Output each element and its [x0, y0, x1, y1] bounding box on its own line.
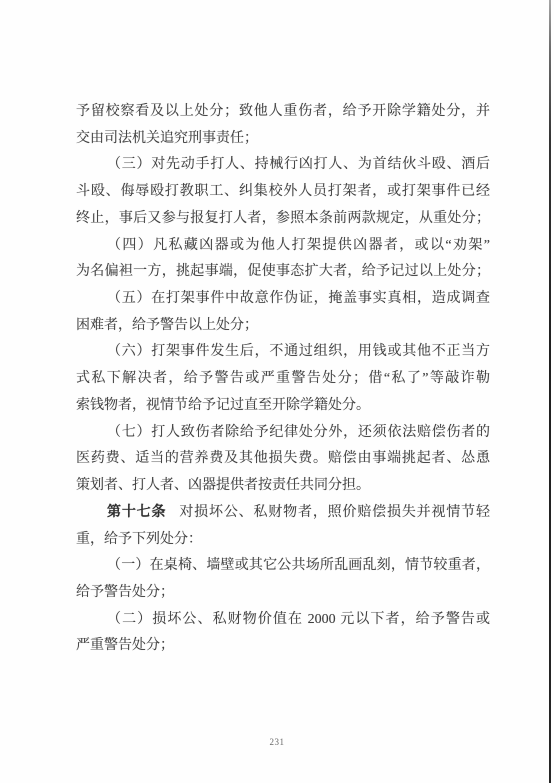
text-line: 终止，事后又参与报复打人者，参照本条前两款规定，从重处分；	[76, 206, 490, 233]
text-line: 斗殴、侮辱殴打教职工、纠集校外人员打架者，或打架事件已经	[76, 179, 490, 206]
text-line: 式私下解决者，给予警告或严重警告处分；借“私了”等敲诈勒	[76, 366, 490, 393]
page-number: 231	[0, 737, 554, 747]
text-line: （五）在打架事件中故意作伪证，掩盖事实真相，造成调查	[76, 286, 490, 313]
text-line: 困难者，给予警告以上处分；	[76, 313, 490, 340]
text-line: （一）在桌椅、墙壁或其它公共场所乱画乱刻，情节较重者，	[76, 553, 490, 580]
text-line: 第十七条对损坏公、私财物者，照价赔偿损失并视情节轻	[76, 500, 490, 527]
text-line: （六）打架事件发生后，不通过组织，用钱或其他不正当方	[76, 339, 490, 366]
text-line: （七）打人致伤者除给予纪律处分外，还须依法赔偿伤者的	[76, 420, 490, 447]
text-line: 严重警告处分；	[76, 633, 490, 660]
document-page: 予留校察看及以上处分；致他人重伤者，给予开除学籍处分，并交由司法机关追究刑事责任…	[0, 0, 554, 783]
text-line: （四）凡私藏凶器或为他人打架提供凶器者，或以“劝架”	[76, 233, 490, 260]
text-line: 交由司法机关追究刑事责任；	[76, 126, 490, 153]
text-line: 索钱物者，视情节给予记过直至开除学籍处分。	[76, 393, 490, 420]
article-number: 第十七条	[107, 505, 166, 520]
text-line: 给予警告处分；	[76, 580, 490, 607]
text-line: 为名偏袒一方，挑起事端，促使事态扩大者，给予记过以上处分；	[76, 259, 490, 286]
scan-edge-line	[549, 0, 551, 783]
text-line: 予留校察看及以上处分；致他人重伤者，给予开除学籍处分，并	[76, 99, 490, 126]
text-line: （二）损坏公、私财物价值在 2000 元以下者，给予警告或	[76, 607, 490, 634]
text-line: （三）对先动手打人、持械行凶打人、为首结伙斗殴、酒后	[76, 152, 490, 179]
text-line: 医药费、适当的营养费及其他损失费。赔偿由事端挑起者、怂恿	[76, 446, 490, 473]
text-line: 重，给予下列处分：	[76, 527, 490, 554]
text-line: 策划者、打人者、凶器提供者按责任共同分担。	[76, 473, 490, 500]
text-block: 予留校察看及以上处分；致他人重伤者，给予开除学籍处分，并交由司法机关追究刑事责任…	[76, 99, 490, 660]
